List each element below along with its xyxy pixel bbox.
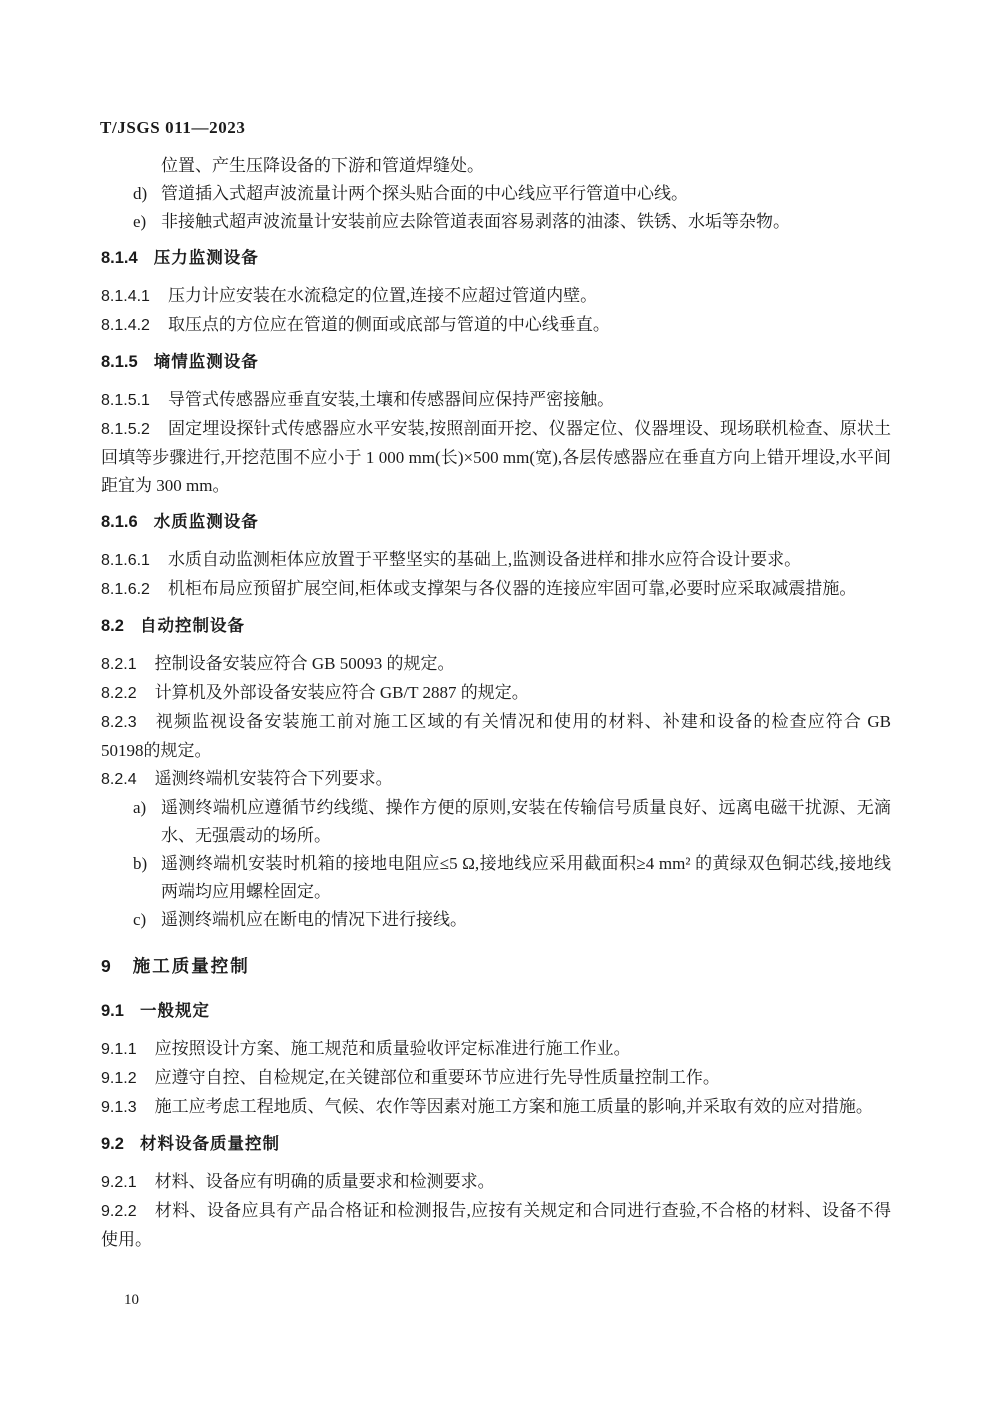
- section-heading: 9.2材料设备质量控制: [101, 1130, 891, 1158]
- paragraph-text: 遥测终端机安装符合下列要求。: [155, 769, 393, 788]
- document-page: T/JSGS 011—2023 位置、产生压降设备的下游和管道焊缝处。d)管道插…: [0, 0, 992, 1403]
- paragraph-text: 应遵守自控、自检规定,在关键部位和重要环节应进行先导性质量控制工作。: [155, 1068, 720, 1087]
- clause-paragraph: 9.1.1应按照设计方案、施工规范和质量验收评定标准进行施工作业。: [101, 1035, 891, 1064]
- standard-number-header: T/JSGS 011—2023: [100, 118, 246, 138]
- paragraph-text: 遥测终端机应在断电的情况下进行接线。: [161, 906, 891, 934]
- paragraph-text: 材料、设备应具有产品合格证和检测报告,应按有关规定和合同进行查验,不合格的材料、…: [101, 1201, 891, 1249]
- clause-paragraph: 8.2.4遥测终端机安装符合下列要求。: [101, 765, 891, 794]
- chapter-heading: 9施工质量控制: [101, 952, 891, 980]
- list-item: a)遥测终端机应遵循节约线缆、操作方便的原则,安装在传输信号质量良好、远离电磁干…: [101, 794, 891, 850]
- paragraph-text: 位置、产生压降设备的下游和管道焊缝处。: [161, 156, 484, 175]
- heading-number: 8.1.6: [101, 513, 138, 531]
- clause-paragraph: 8.1.4.1压力计应安装在水流稳定的位置,连接不应超过管道内壁。: [101, 282, 891, 311]
- clause-paragraph: 8.2.1控制设备安装应符合 GB 50093 的规定。: [101, 650, 891, 679]
- clause-paragraph: 8.1.6.2机柜布局应预留扩展空间,柜体或支撑架与各仪器的连接应牢固可靠,必要…: [101, 575, 891, 604]
- heading-number: 9.2: [101, 1135, 124, 1153]
- paragraph-text: 非接触式超声波流量计安装前应去除管道表面容易剥落的油漆、铁锈、水垢等杂物。: [161, 208, 891, 236]
- heading-text: 墒情监测设备: [154, 353, 259, 371]
- list-item: d)管道插入式超声波流量计两个探头贴合面的中心线应平行管道中心线。: [101, 180, 891, 208]
- section-heading: 8.1.4压力监测设备: [101, 244, 891, 272]
- list-marker: b): [133, 850, 161, 906]
- clause-paragraph: 8.1.6.1水质自动监测柜体应放置于平整坚实的基础上,监测设备进样和排水应符合…: [101, 546, 891, 575]
- heading-number: 8.1.5: [101, 353, 138, 371]
- clause-number: 9.1.1: [101, 1041, 137, 1058]
- clause-paragraph: 8.1.5.2固定埋设探针式传感器应水平安装,按照剖面开挖、仪器定位、仪器埋设、…: [101, 415, 891, 500]
- list-marker: e): [133, 208, 161, 236]
- paragraph-text: 压力计应安装在水流稳定的位置,连接不应超过管道内壁。: [168, 286, 597, 305]
- heading-number: 8.2: [101, 617, 124, 635]
- clause-paragraph: 9.2.1材料、设备应有明确的质量要求和检测要求。: [101, 1168, 891, 1197]
- clause-number: 8.1.4.2: [101, 317, 150, 334]
- list-item: c)遥测终端机应在断电的情况下进行接线。: [101, 906, 891, 934]
- paragraph-text: 取压点的方位应在管道的侧面或底部与管道的中心线垂直。: [168, 315, 610, 334]
- section-heading: 8.1.6水质监测设备: [101, 508, 891, 536]
- paragraph-text: 视频监视设备安装施工前对施工区域的有关情况和使用的材料、补建和设备的检查应符合 …: [101, 712, 891, 760]
- paragraph-text: 施工应考虑工程地质、气候、农作等因素对施工方案和施工质量的影响,并采取有效的应对…: [155, 1097, 873, 1116]
- clause-paragraph: 8.1.5.1导管式传感器应垂直安装,土壤和传感器间应保持严密接触。: [101, 386, 891, 415]
- clause-number: 8.1.5.2: [101, 421, 150, 438]
- section-heading: 9.1一般规定: [101, 997, 891, 1025]
- clause-paragraph: 9.2.2材料、设备应具有产品合格证和检测报告,应按有关规定和合同进行查验,不合…: [101, 1197, 891, 1254]
- heading-number: 9.1: [101, 1002, 124, 1020]
- clause-paragraph: 8.2.3视频监视设备安装施工前对施工区域的有关情况和使用的材料、补建和设备的检…: [101, 708, 891, 765]
- heading-number: 9: [101, 956, 111, 976]
- document-body: 位置、产生压降设备的下游和管道焊缝处。d)管道插入式超声波流量计两个探头贴合面的…: [101, 152, 891, 1254]
- clause-paragraph: 9.1.3施工应考虑工程地质、气候、农作等因素对施工方案和施工质量的影响,并采取…: [101, 1093, 891, 1122]
- clause-number: 8.2.1: [101, 656, 137, 673]
- clause-number: 8.1.6.1: [101, 552, 150, 569]
- heading-text: 一般规定: [140, 1002, 210, 1020]
- paragraph-continuation: 位置、产生压降设备的下游和管道焊缝处。: [101, 152, 891, 180]
- paragraph-text: 应按照设计方案、施工规范和质量验收评定标准进行施工作业。: [155, 1039, 631, 1058]
- list-item: e)非接触式超声波流量计安装前应去除管道表面容易剥落的油漆、铁锈、水垢等杂物。: [101, 208, 891, 236]
- paragraph-text: 遥测终端机安装时机箱的接地电阻应≤5 Ω,接地线应采用截面积≥4 mm² 的黄绿…: [161, 850, 891, 906]
- heading-text: 材料设备质量控制: [140, 1135, 280, 1153]
- clause-number: 8.1.6.2: [101, 581, 150, 598]
- section-heading: 8.1.5墒情监测设备: [101, 348, 891, 376]
- paragraph-text: 机柜布局应预留扩展空间,柜体或支撑架与各仪器的连接应牢固可靠,必要时应采取减震措…: [168, 579, 857, 598]
- heading-text: 自动控制设备: [140, 617, 245, 635]
- paragraph-text: 计算机及外部设备安装应符合 GB/T 2887 的规定。: [155, 683, 529, 702]
- paragraph-text: 水质自动监测柜体应放置于平整坚实的基础上,监测设备进样和排水应符合设计要求。: [168, 550, 801, 569]
- clause-number: 8.1.5.1: [101, 392, 150, 409]
- list-marker: d): [133, 180, 161, 208]
- page-number: 10: [124, 1292, 139, 1309]
- paragraph-text: 管道插入式超声波流量计两个探头贴合面的中心线应平行管道中心线。: [161, 180, 891, 208]
- heading-text: 水质监测设备: [154, 513, 259, 531]
- list-item: b)遥测终端机安装时机箱的接地电阻应≤5 Ω,接地线应采用截面积≥4 mm² 的…: [101, 850, 891, 906]
- clause-number: 9.2.2: [101, 1203, 137, 1220]
- paragraph-text: 导管式传感器应垂直安装,土壤和传感器间应保持严密接触。: [168, 390, 614, 409]
- section-heading: 8.2自动控制设备: [101, 612, 891, 640]
- paragraph-text: 控制设备安装应符合 GB 50093 的规定。: [155, 654, 455, 673]
- clause-number: 8.2.4: [101, 771, 137, 788]
- list-marker: a): [133, 794, 161, 850]
- clause-paragraph: 9.1.2应遵守自控、自检规定,在关键部位和重要环节应进行先导性质量控制工作。: [101, 1064, 891, 1093]
- heading-text: 压力监测设备: [154, 249, 259, 267]
- heading-number: 8.1.4: [101, 249, 138, 267]
- clause-number: 8.2.3: [101, 714, 137, 731]
- list-marker: c): [133, 906, 161, 934]
- paragraph-text: 遥测终端机应遵循节约线缆、操作方便的原则,安装在传输信号质量良好、远离电磁干扰源…: [161, 794, 891, 850]
- clause-paragraph: 8.2.2计算机及外部设备安装应符合 GB/T 2887 的规定。: [101, 679, 891, 708]
- clause-number: 8.1.4.1: [101, 288, 150, 305]
- clause-number: 8.2.2: [101, 685, 137, 702]
- clause-paragraph: 8.1.4.2取压点的方位应在管道的侧面或底部与管道的中心线垂直。: [101, 311, 891, 340]
- clause-number: 9.2.1: [101, 1174, 137, 1191]
- heading-text: 施工质量控制: [133, 956, 250, 976]
- paragraph-text: 材料、设备应有明确的质量要求和检测要求。: [155, 1172, 495, 1191]
- paragraph-text: 固定埋设探针式传感器应水平安装,按照剖面开挖、仪器定位、仪器埋设、现场联机检查、…: [101, 419, 891, 495]
- clause-number: 9.1.3: [101, 1099, 137, 1116]
- clause-number: 9.1.2: [101, 1070, 137, 1087]
